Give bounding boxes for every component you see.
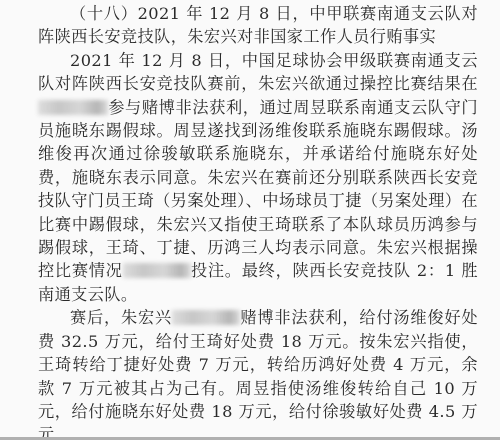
- paragraph-text: 2021 年 12 月 8 日，中国足球协会甲级联赛南通支云队对阵陕西长安竞技队…: [38, 51, 478, 93]
- paragraph-payments: 赛后，朱宏兴赌博非法获利，给付汤维俊好处费 32.5 万元，给付王琦好处费 18…: [38, 306, 478, 440]
- document-page: （十八）2021 年 12 月 8 日，中甲联赛南通支云队对阵陕西长安竞技队，朱…: [38, 2, 478, 440]
- paragraph-text: 赛后，朱宏兴: [70, 308, 172, 327]
- redacted-region: [172, 310, 240, 325]
- section-title: （十八）2021 年 12 月 8 日，中甲联赛南通支云队对阵陕西长安竞技队，朱…: [38, 2, 478, 49]
- paragraph-text: 赌博非法获利，给付汤维俊好处费 32.5 万元，给付王琦好处费 18 万元。按朱…: [38, 308, 478, 440]
- paragraph-text: 参与赌博非法获利，通过周昱联系南通支云队守门员施晓东踢假球。周昱遂找到汤维俊联系…: [38, 98, 478, 281]
- redacted-region: [123, 263, 191, 278]
- redacted-region: [38, 100, 108, 115]
- paragraph-match-facts: 2021 年 12 月 8 日，中国足球协会甲级联赛南通支云队对阵陕西长安竞技队…: [38, 49, 478, 306]
